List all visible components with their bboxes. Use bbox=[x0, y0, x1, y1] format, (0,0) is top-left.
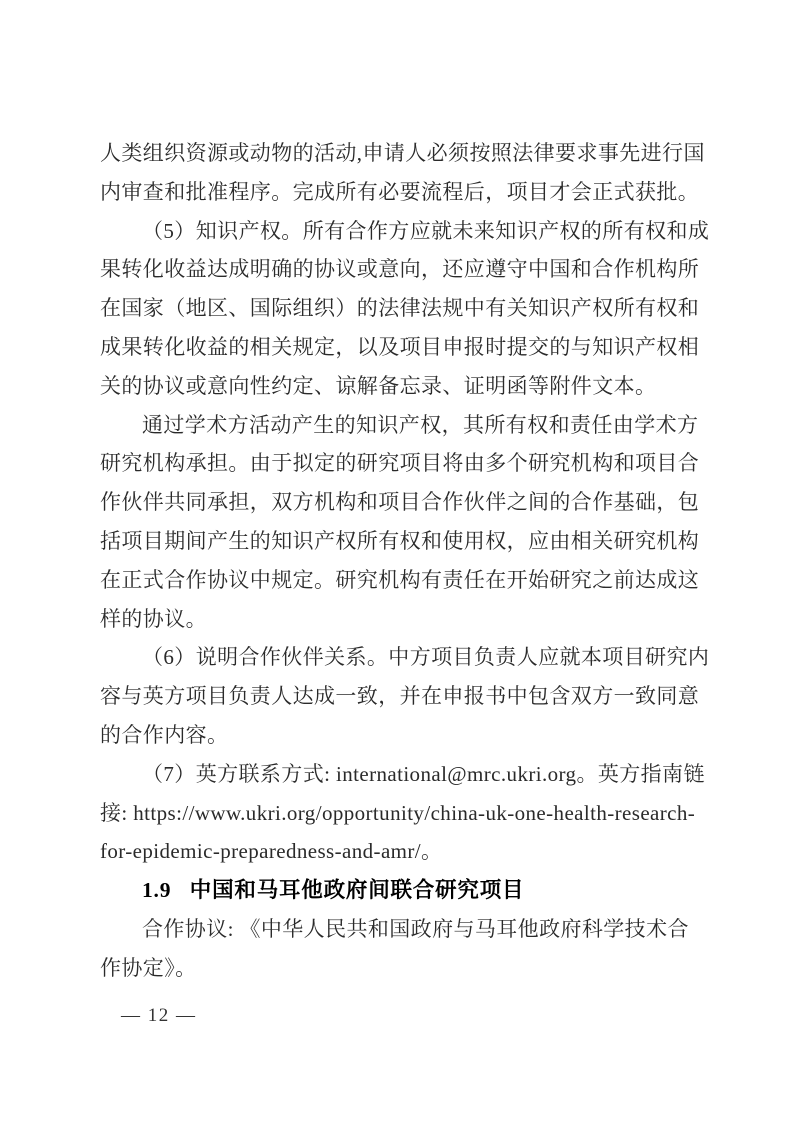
text-line: 成果转化收益的相关规定，以及项目申报时提交的与知识产权相 bbox=[100, 328, 696, 367]
text-line: 合作协议: 《中华人民共和国政府与马耳他政府科学技术合 bbox=[100, 910, 696, 949]
document-text-block: 人类组织资源或动物的活动,申请人必须按照法律要求事先进行国内审查和批准程序。完成… bbox=[100, 134, 696, 988]
text-line: 括项目期间产生的知识产权所有权和使用权，应由相关研究机构 bbox=[100, 522, 696, 561]
page-number-footer: — 12 — bbox=[121, 1002, 197, 1030]
text-line: 的合作内容。 bbox=[100, 716, 696, 755]
text-line: 内审查和批准程序。完成所有必要流程后，项目才会正式获批。 bbox=[100, 173, 696, 212]
text-line: 作协定》。 bbox=[100, 949, 696, 988]
document-page: 人类组织资源或动物的活动,申请人必须按照法律要求事先进行国内审查和批准程序。完成… bbox=[0, 0, 794, 1123]
text-line: 人类组织资源或动物的活动,申请人必须按照法律要求事先进行国 bbox=[100, 134, 696, 173]
section-heading: 1.9 中国和马耳他政府间联合研究项目 bbox=[100, 871, 696, 910]
text-line: （5）知识产权。所有合作方应就未来知识产权的所有权和成 bbox=[100, 212, 696, 251]
text-line: 接: https://www.ukri.org/opportunity/chin… bbox=[100, 794, 696, 833]
text-line: 容与英方项目负责人达成一致，并在申报书中包含双方一致同意 bbox=[100, 677, 696, 716]
text-line: 在国家（地区、国际组织）的法律法规中有关知识产权所有权和 bbox=[100, 289, 696, 328]
text-line: 通过学术方活动产生的知识产权，其所有权和责任由学术方 bbox=[100, 406, 696, 445]
text-line: 果转化收益达成明确的协议或意向，还应遵守中国和合作机构所 bbox=[100, 250, 696, 289]
text-line: 在正式合作协议中规定。研究机构有责任在开始研究之前达成这 bbox=[100, 561, 696, 600]
text-line: （7）英方联系方式: international@mrc.ukri.org。英方… bbox=[100, 755, 696, 794]
text-line: 关的协议或意向性约定、谅解备忘录、证明函等附件文本。 bbox=[100, 367, 696, 406]
text-line: 样的协议。 bbox=[100, 600, 696, 639]
text-line: 研究机构承担。由于拟定的研究项目将由多个研究机构和项目合 bbox=[100, 444, 696, 483]
text-line: for-epidemic-preparedness-and-amr/。 bbox=[100, 832, 696, 871]
text-line: 作伙伴共同承担，双方机构和项目合作伙伴之间的合作基础，包 bbox=[100, 483, 696, 522]
text-line: （6）说明合作伙伴关系。中方项目负责人应就本项目研究内 bbox=[100, 638, 696, 677]
